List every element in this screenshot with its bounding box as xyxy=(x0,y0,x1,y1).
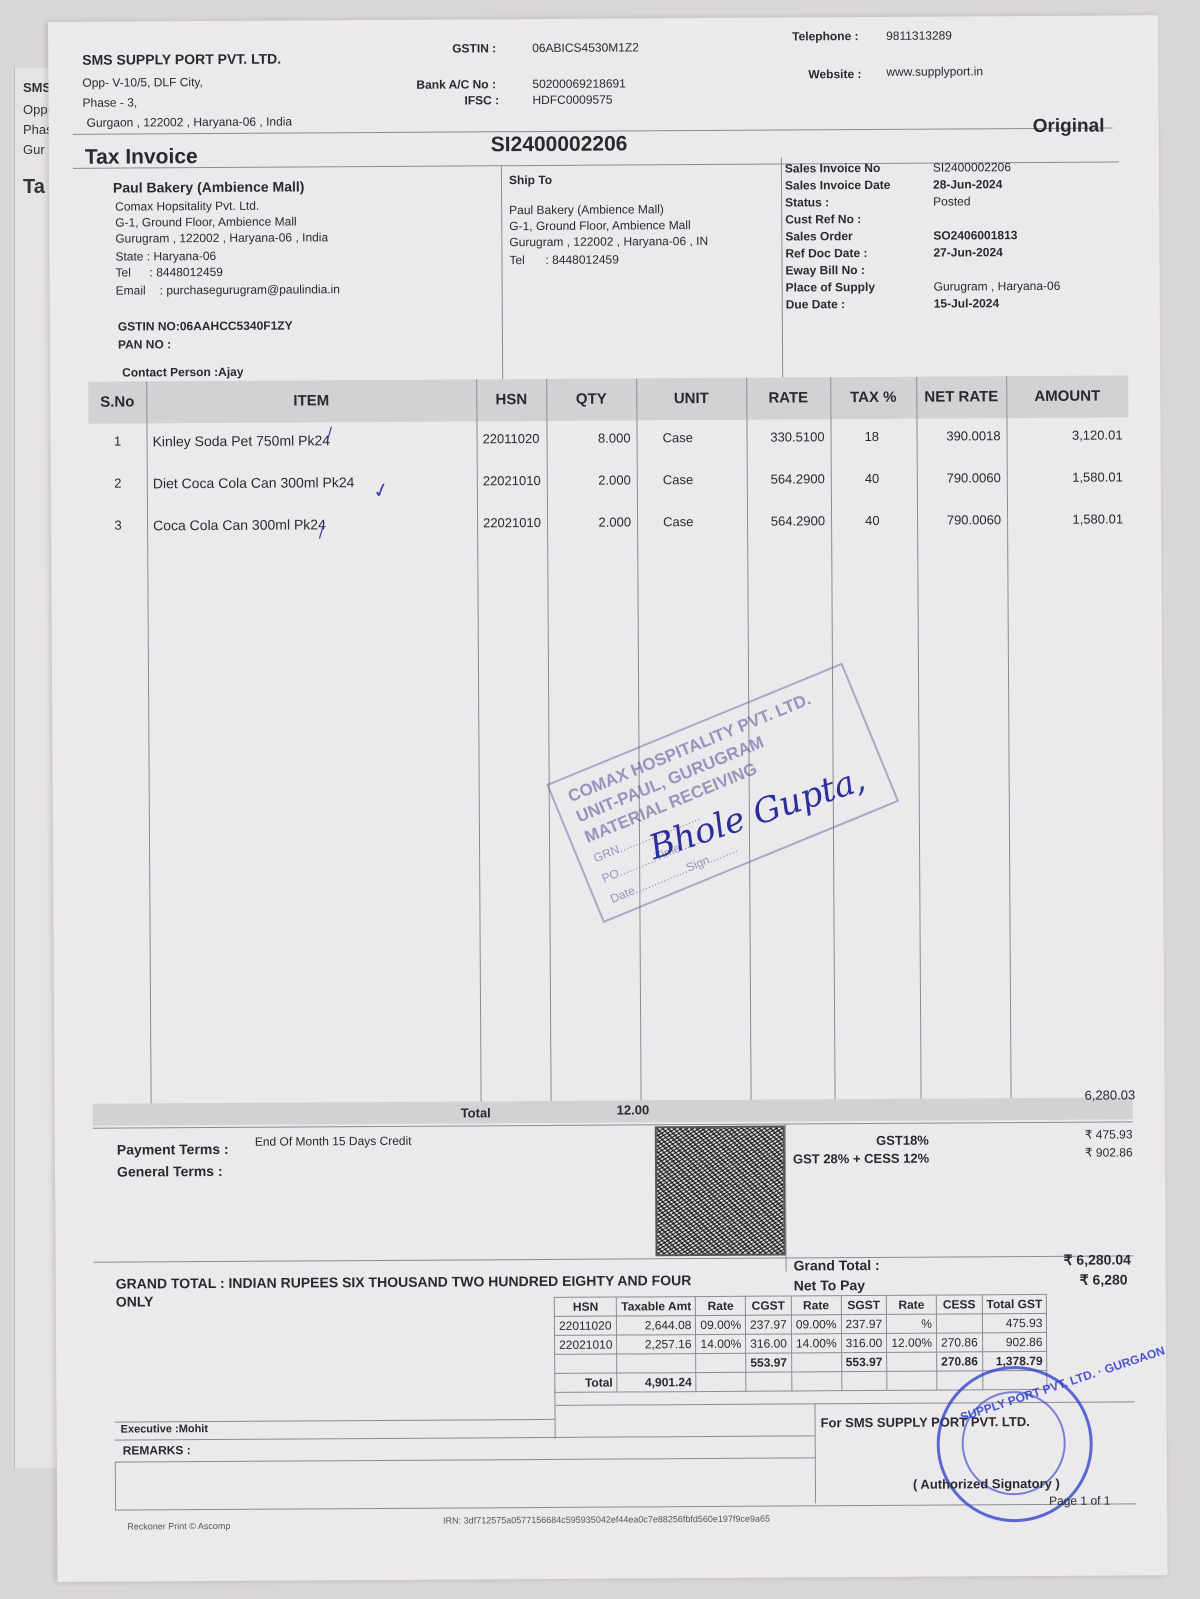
invoice-meta-value: Posted xyxy=(933,194,970,208)
gst-column-header: CESS xyxy=(936,1295,982,1314)
bill-to-email-label: Email xyxy=(116,283,146,297)
tax-summary-label: GST 28% + CESS 12% xyxy=(793,1151,929,1167)
gst-cell: 553.97 xyxy=(746,1353,792,1372)
seller-address-line: Gurgaon , 122002 , Haryana-06 , India xyxy=(87,115,293,130)
bill-to-address: Gurugram , 122002 , Haryana-06 , India xyxy=(115,230,328,245)
document-title: Tax Invoice xyxy=(85,145,198,170)
cell-unit: Case xyxy=(637,472,747,488)
cell-item: Diet Coca Cola Can 300ml Pk24 xyxy=(147,473,477,491)
column-header: RATE xyxy=(746,389,830,407)
seller-address-line: Opp- V-10/5, DLF City, xyxy=(82,75,203,90)
contact-person: Contact Person :Ajay xyxy=(122,365,243,380)
invoice-meta-label: Sales Order xyxy=(785,229,852,243)
cell-amount: 1,580.01 xyxy=(1007,511,1123,527)
invoice-meta-label: Sales Invoice No xyxy=(785,161,880,176)
table-row[interactable]: 3Coca Cola Can 300ml Pk24220210102.000Ca… xyxy=(89,503,1129,551)
gst-cell: 237.97 xyxy=(746,1315,792,1334)
bill-to-gstin: GSTIN NO:06AAHCC5340F1ZY xyxy=(118,319,293,334)
gst-cell: % xyxy=(887,1314,937,1333)
cell-sno: 2 xyxy=(89,475,147,490)
invoice-meta-value: 27-Jun-2024 xyxy=(933,245,1002,259)
table-row[interactable]: 1Kinley Soda Pet 750ml Pk24220110208.000… xyxy=(88,419,1128,467)
telephone-label: Telephone : xyxy=(792,29,859,43)
invoice-meta-label: Place of Supply xyxy=(786,280,875,295)
bill-to-pan: PAN NO : xyxy=(118,337,171,351)
seller-gstin: 06ABICS4530M1Z2 xyxy=(532,40,639,55)
gst-column-header: Rate xyxy=(696,1296,746,1315)
ship-to-name: Paul Bakery (Ambience Mall) xyxy=(509,202,664,217)
gst-cell: 316.00 xyxy=(841,1333,887,1352)
general-terms-label: General Terms : xyxy=(117,1163,223,1180)
cell-rate: 564.2900 xyxy=(747,513,825,528)
grand-total-label: Grand Total : xyxy=(794,1257,880,1274)
gst-cell xyxy=(696,1353,746,1372)
seller-website[interactable]: www.supplyport.in xyxy=(886,64,983,79)
gst-cell: 14.00% xyxy=(791,1334,841,1353)
back-page-fragment: Ta xyxy=(23,176,45,199)
invoice-meta-value: SO2406001813 xyxy=(933,228,1017,243)
remarks-label: REMARKS : xyxy=(123,1443,191,1457)
bill-to-tel-label: Tel xyxy=(115,265,130,279)
gst-cell: 270.86 xyxy=(937,1352,983,1371)
invoice-sheet: SMS SUPPLY PORT PVT. LTD. Opp- V-10/5, D… xyxy=(48,15,1168,1582)
cell-qty: 8.000 xyxy=(547,430,631,446)
gst-cell: 12.00% xyxy=(887,1333,937,1352)
bank-label: Bank A/C No : xyxy=(416,77,496,91)
invoice-meta-value: 28-Jun-2024 xyxy=(933,177,1002,191)
ship-to-tel: : 8448012459 xyxy=(545,253,618,267)
gst-cell: 2,257.16 xyxy=(617,1335,696,1354)
tax-summary-label: GST18% xyxy=(793,1133,929,1149)
invoice-meta-label: Ref Doc Date : xyxy=(785,246,867,261)
cell-rate: 564.2900 xyxy=(747,471,825,486)
gst-cell: 553.97 xyxy=(841,1352,887,1371)
gst-total-cell: Total xyxy=(555,1373,618,1392)
column-header: S.No xyxy=(88,393,146,410)
gst-cell: 2,644.08 xyxy=(617,1316,696,1335)
bill-to-name: Paul Bakery (Ambience Mall) xyxy=(113,178,305,195)
column-header: ITEM xyxy=(146,391,476,410)
cell-item: Coca Cola Can 300ml Pk24 xyxy=(147,515,477,533)
invoice-meta-value: Gurugram , Haryana-06 xyxy=(934,279,1061,294)
bill-to-tel: : 8448012459 xyxy=(149,265,222,279)
amount-in-words: GRAND TOTAL : INDIAN RUPEES SIX THOUSAND… xyxy=(116,1272,692,1292)
ifsc-label: IFSC : xyxy=(464,93,499,107)
gst-cell: 14.00% xyxy=(696,1334,746,1353)
net-to-pay-label: Net To Pay xyxy=(794,1277,865,1293)
tax-summary: GST18%₹ 475.93GST 28% + CESS 12%₹ 902.86 xyxy=(48,15,1158,22)
seller-address-line: Phase - 3, xyxy=(82,95,137,109)
gst-cell xyxy=(555,1354,618,1373)
grand-total-value: ₹ 6,280.04 xyxy=(1064,1251,1131,1268)
gst-cell: 270.86 xyxy=(936,1333,982,1352)
print-note: Reckoner Print © Ascomp xyxy=(127,1521,230,1532)
cell-qty: 2.000 xyxy=(547,514,631,530)
website-label: Website : xyxy=(808,67,861,81)
cell-net-rate: 790.0060 xyxy=(917,512,1001,528)
invoice-number: SI2400002206 xyxy=(491,132,628,157)
bill-to-email[interactable]: : purchasegurugram@paulindia.in xyxy=(160,282,340,297)
cell-unit: Case xyxy=(637,430,747,446)
cell-amount: 3,120.01 xyxy=(1006,427,1122,443)
gst-cell xyxy=(791,1353,841,1372)
cell-tax: 40 xyxy=(831,471,917,487)
bill-to-address: G-1, Ground Floor, Ambience Mall xyxy=(115,214,297,229)
payment-terms-value: End Of Month 15 Days Credit xyxy=(255,1134,412,1149)
irn-number: IRN: 3df712575a0577156684c595935042ef44e… xyxy=(443,1514,770,1526)
tax-summary-value: ₹ 902.86 xyxy=(1085,1145,1133,1159)
cell-net-rate: 790.0060 xyxy=(917,470,1001,486)
column-header: NET RATE xyxy=(916,388,1006,406)
cell-hsn: 22011020 xyxy=(477,431,547,446)
table-row[interactable]: 2Diet Coca Cola Can 300ml Pk24220210102.… xyxy=(89,461,1129,509)
seller-telephone: 9811313289 xyxy=(886,28,952,42)
invoice-meta-value: SI2400002206 xyxy=(933,160,1011,174)
cell-tax: 18 xyxy=(831,429,917,445)
cell-net-rate: 390.0018 xyxy=(917,428,1001,444)
bill-to-company: Comax Hopsitality Pvt. Ltd. xyxy=(115,199,259,214)
cell-rate: 330.5100 xyxy=(747,429,825,444)
gst-cell: 09.00% xyxy=(791,1315,841,1334)
cell-tax: 40 xyxy=(831,513,917,529)
gst-column-header: HSN xyxy=(554,1297,617,1316)
tax-summary-value: ₹ 475.93 xyxy=(1085,1127,1133,1141)
gst-column-header: CGST xyxy=(745,1296,791,1315)
gst-cell: 902.86 xyxy=(982,1332,1047,1351)
bill-to-state: State : Haryana-06 xyxy=(115,249,216,264)
cell-unit: Case xyxy=(637,514,747,530)
net-to-pay-value: ₹ 6,280 xyxy=(1080,1271,1128,1288)
gst-cell xyxy=(617,1354,696,1373)
qr-code xyxy=(655,1126,786,1257)
gst-cell xyxy=(887,1352,937,1371)
gst-cell: 475.93 xyxy=(982,1313,1047,1332)
gst-column-header: Rate xyxy=(887,1295,937,1314)
cell-item: Kinley Soda Pet 750ml Pk24 xyxy=(147,431,477,449)
column-header: TAX % xyxy=(830,389,916,407)
ship-to-heading: Ship To xyxy=(509,173,552,187)
payment-terms-label: Payment Terms : xyxy=(117,1141,229,1158)
back-page-fragment: SMS xyxy=(23,80,51,95)
cell-sno: 1 xyxy=(89,433,147,448)
column-header: QTY xyxy=(546,390,636,408)
ship-to-address: Gurugram , 122002 , Haryana-06 , IN xyxy=(509,234,708,249)
back-page-fragment: Gur xyxy=(23,142,45,157)
gst-total-cell: 4,901.24 xyxy=(617,1373,696,1392)
gst-cell: 09.00% xyxy=(696,1315,746,1334)
invoice-meta: Sales Invoice NoSI2400002206Sales Invoic… xyxy=(48,15,1158,22)
ship-to-tel-label: Tel xyxy=(509,253,524,267)
cell-hsn: 22021010 xyxy=(477,515,547,530)
invoice-meta-label: Due Date : xyxy=(786,297,845,311)
total-amount: 6,280.03 xyxy=(1085,1087,1136,1102)
ship-to-address: G-1, Ground Floor, Ambience Mall xyxy=(509,218,691,233)
page-number: Page 1 of 1 xyxy=(1049,1494,1110,1508)
items-table: S.NoITEMHSNQTYUNITRATETAX %NET RATEAMOUN… xyxy=(48,15,1158,22)
gst-column-header: Taxable Amt xyxy=(617,1297,696,1316)
gst-cell: 22021010 xyxy=(555,1335,618,1354)
gst-cell: 237.97 xyxy=(841,1314,887,1333)
column-header: HSN xyxy=(476,391,546,408)
bank-account: 50200069218691 xyxy=(532,76,626,91)
amount-in-words-cont: ONLY xyxy=(116,1293,154,1309)
invoice-meta-label: Cust Ref No : xyxy=(785,212,861,226)
cell-amount: 1,580.01 xyxy=(1007,469,1123,485)
invoice-meta-label: Eway Bill No : xyxy=(785,263,864,277)
executive-name: Executive :Mohit xyxy=(121,1423,208,1436)
gst-cell: 22011020 xyxy=(554,1316,617,1335)
gst-column-header: Rate xyxy=(791,1296,841,1315)
total-qty: 12.00 xyxy=(617,1102,650,1117)
seller-name: SMS SUPPLY PORT PVT. LTD. xyxy=(82,51,281,68)
invoice-meta-label: Sales Invoice Date xyxy=(785,178,890,193)
total-label: Total xyxy=(461,1105,491,1120)
cell-sno: 3 xyxy=(89,517,147,532)
column-header: UNIT xyxy=(636,390,746,408)
ifsc-code: HDFC0009575 xyxy=(532,93,612,107)
column-header: AMOUNT xyxy=(1006,387,1128,405)
cell-qty: 2.000 xyxy=(547,472,631,488)
gst-cell: 316.00 xyxy=(746,1334,792,1353)
authorized-signatory: ( Authorized Signatory ) xyxy=(913,1476,1060,1492)
gst-cell xyxy=(936,1314,982,1333)
invoice-meta-label: Status : xyxy=(785,195,829,209)
gst-column-header: Total GST xyxy=(982,1294,1047,1313)
invoice-meta-value: 15-Jul-2024 xyxy=(934,296,999,310)
gstin-label: GSTIN : xyxy=(452,41,496,55)
cell-hsn: 22021010 xyxy=(477,473,547,488)
gst-column-header: SGST xyxy=(841,1295,887,1314)
copy-type: Original xyxy=(1033,116,1105,138)
